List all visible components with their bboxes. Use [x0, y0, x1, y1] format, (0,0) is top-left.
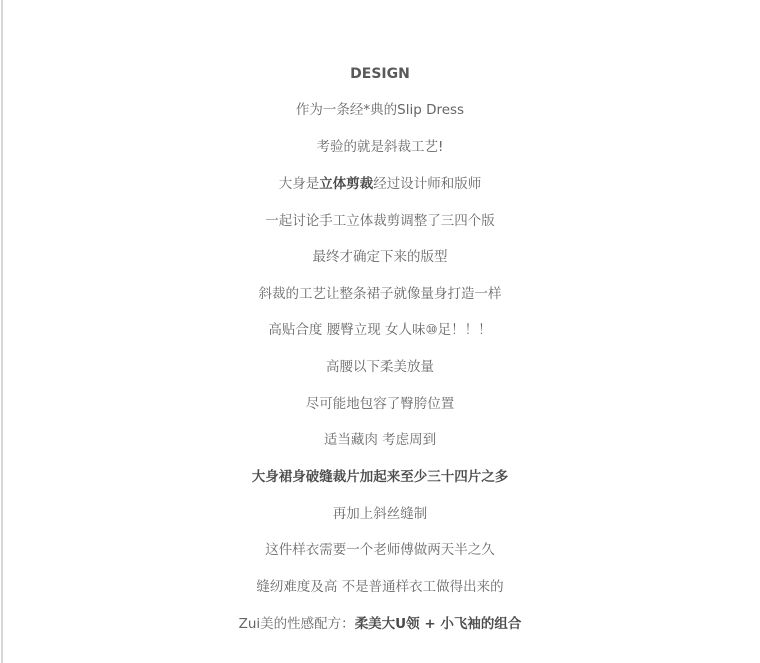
text-line: 适当藏肉 考虑周到: [0, 430, 760, 450]
text-segment: 经过设计师和版师: [373, 176, 481, 192]
text-line: 再加上斜丝缝制: [0, 504, 760, 524]
text-line: 尽可能地包容了臀胯位置: [0, 394, 760, 414]
text-segment: 大身是: [279, 176, 320, 192]
text-line: 高腰以下柔美放量: [0, 357, 760, 377]
bold-text-line: 大身裙身破缝裁片加起来至少三十四片之多: [0, 467, 760, 487]
text-segment: Zui美的性感配方：: [239, 616, 355, 632]
emphasis-text: 柔美大U领 + 小飞袖的组合: [355, 616, 522, 632]
text-line: 斜裁的工艺让整条裙子就像量身打造一样: [0, 284, 760, 304]
text-line: 缝纫难度及高 不是普通样衣工做得出来的: [0, 577, 760, 597]
article-body: DESIGN 作为一条经*典的Slip Dress 考验的就是斜裁工艺! 大身是…: [0, 0, 760, 663]
text-line-with-emphasis: 大身是立体剪裁经过设计师和版师: [0, 174, 760, 194]
emphasis-text: 立体剪裁: [319, 176, 373, 192]
text-line: 作为一条经*典的Slip Dress: [0, 100, 760, 120]
text-line: 最终才确定下来的版型: [0, 247, 760, 267]
text-line: 这件样衣需要一个老师傅做两天半之久: [0, 540, 760, 560]
text-line: 一起讨论手工立体裁剪调整了三四个版: [0, 211, 760, 231]
text-line: 考验的就是斜裁工艺!: [0, 137, 760, 157]
text-line: 高贴合度 腰臀立现 女人味⑩足！！！: [0, 320, 760, 340]
text-line-with-emphasis: Zui美的性感配方：柔美大U领 + 小飞袖的组合: [0, 614, 760, 634]
section-heading: DESIGN: [0, 64, 760, 84]
